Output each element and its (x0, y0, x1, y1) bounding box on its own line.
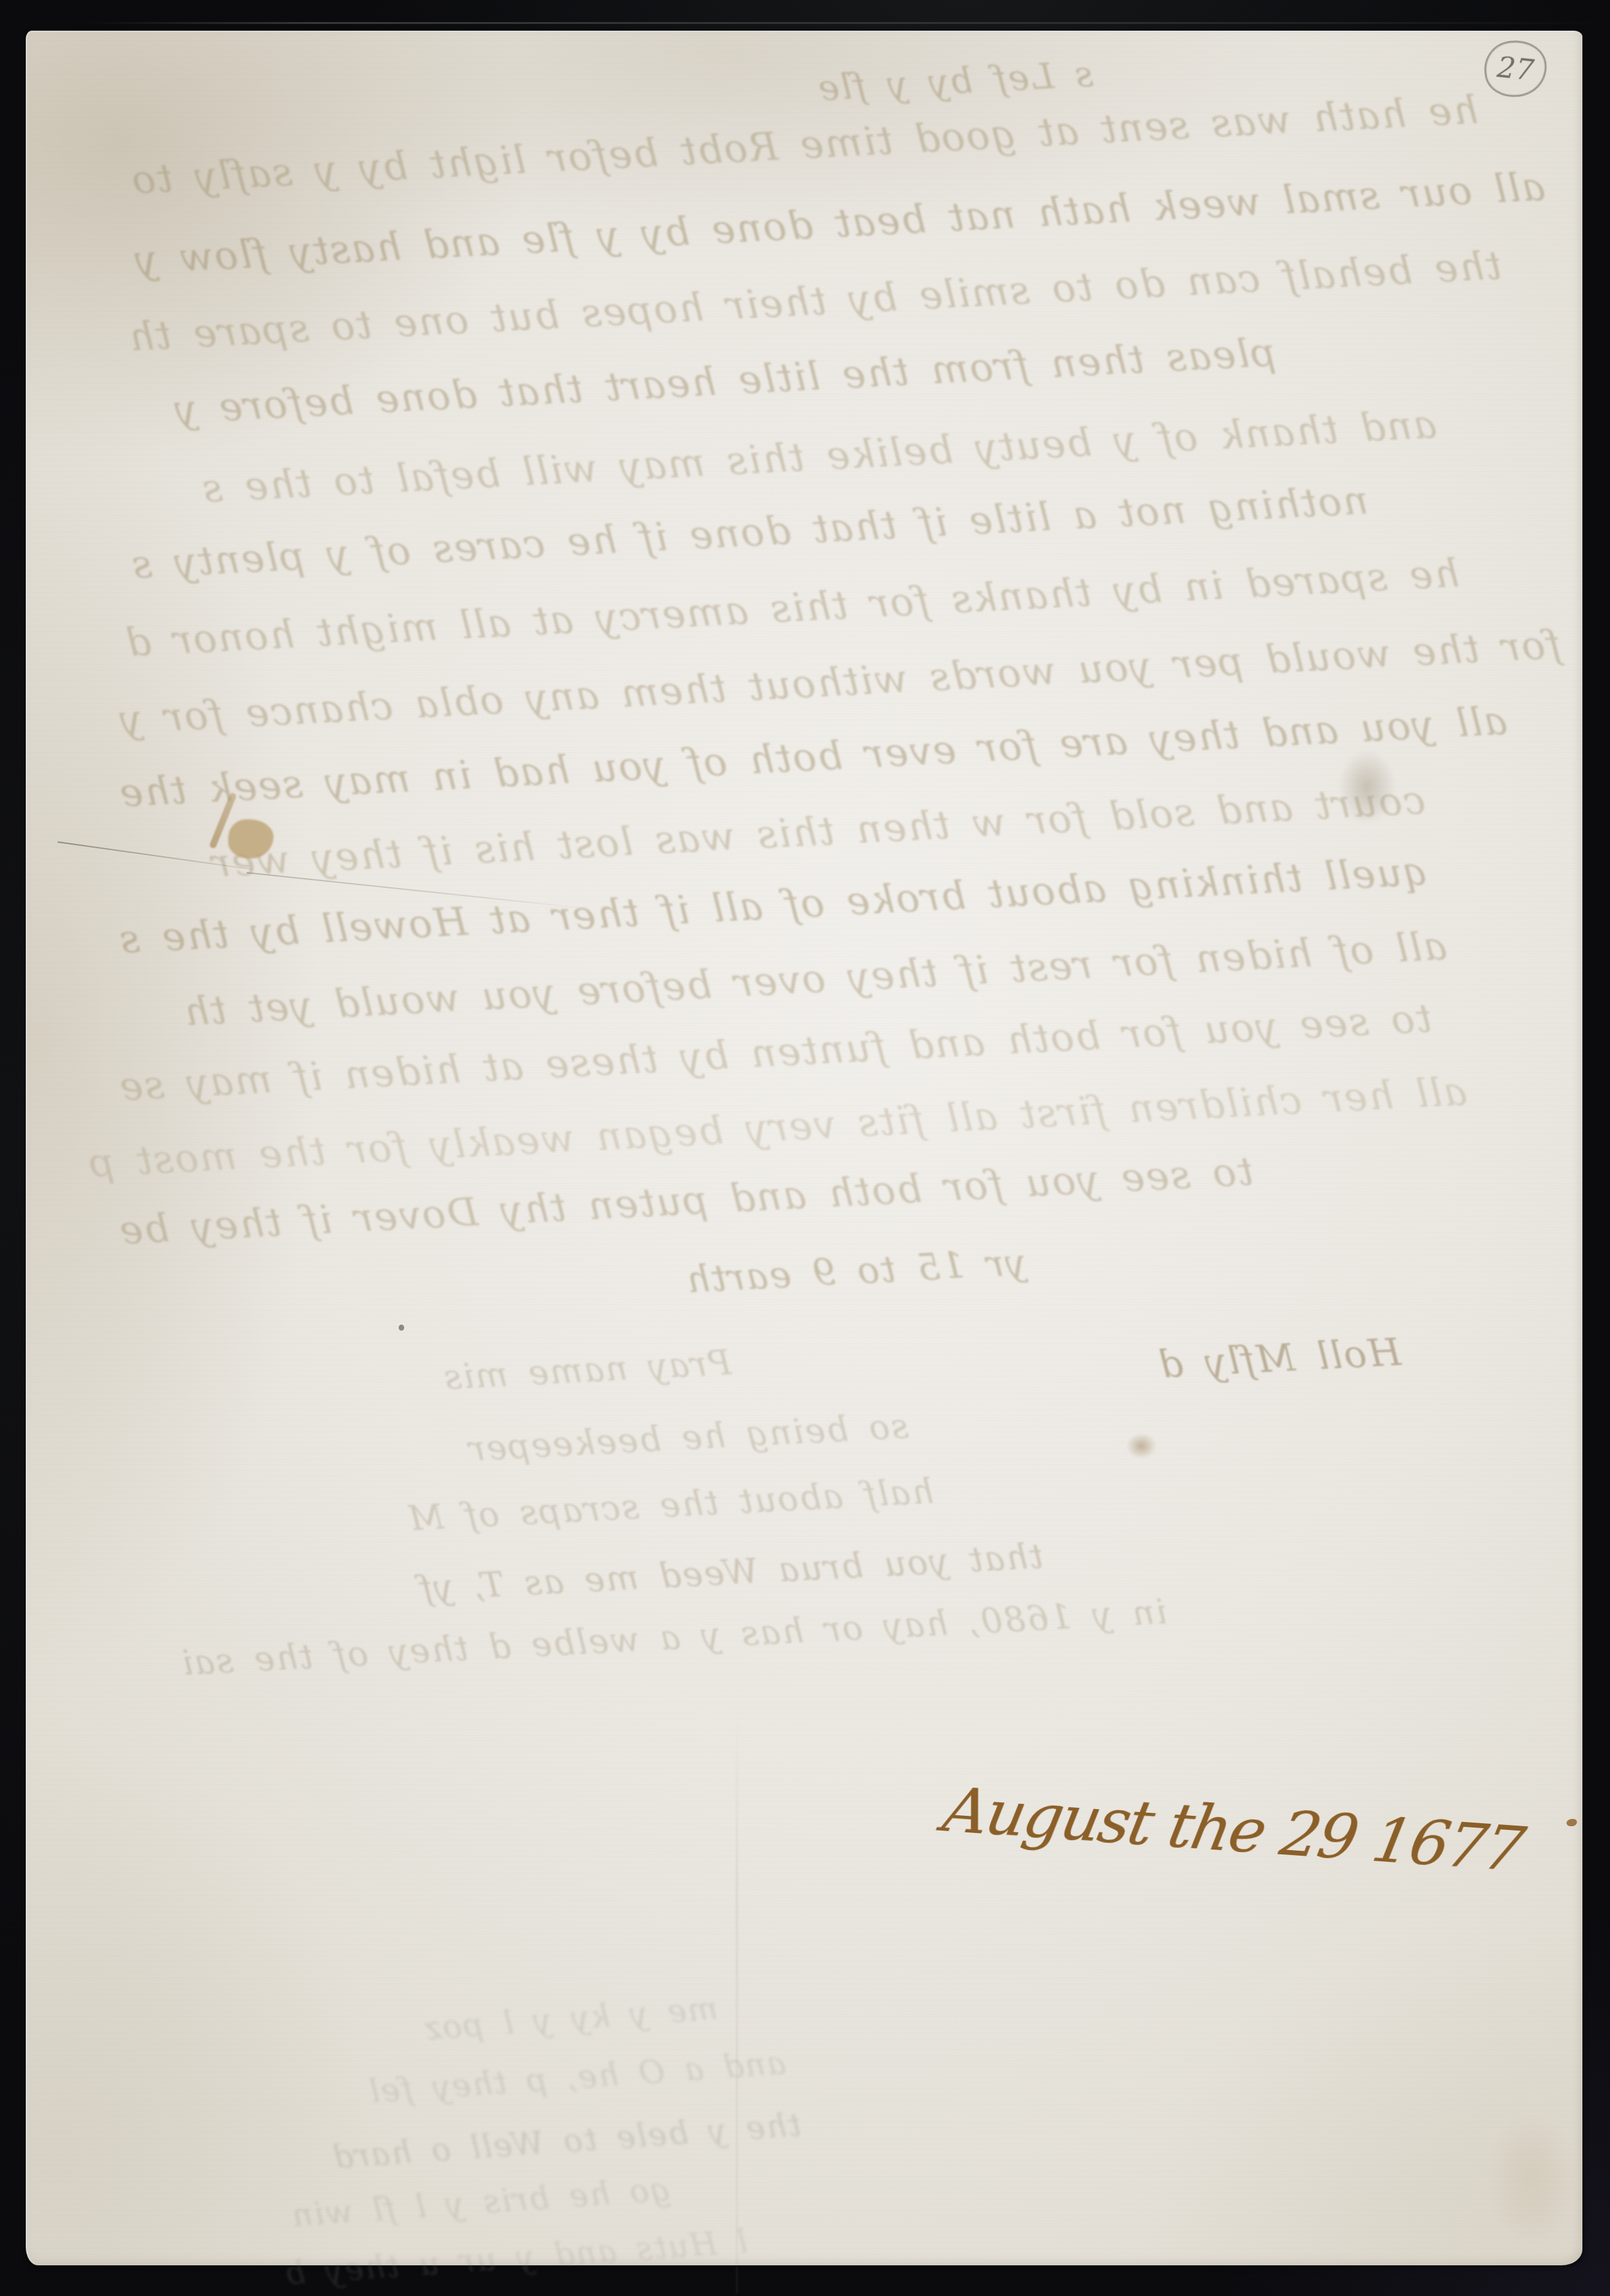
small-stain (1122, 1430, 1160, 1462)
bleed-line: l Huts and y ur u they b (283, 2224, 749, 2293)
scan-mat-background: 27 s Lef by y fle he hath was sent at go… (0, 0, 1610, 2296)
manuscript-page: 27 s Lef by y fle he hath was sent at go… (26, 31, 1582, 2265)
bleed-line: s Lef by y fle (816, 53, 1095, 109)
ink-speck (399, 1325, 404, 1331)
bleed-line: yr 15 to 9 earth (684, 1241, 1027, 1301)
bleed-line: the y bele to Well o hard (331, 2107, 802, 2176)
folio-number: 27 (1495, 50, 1535, 88)
folio-number-circle: 27 (1481, 37, 1550, 101)
bleed-line: me y ky y l poz (422, 1990, 719, 2047)
bleed-line: that you brua Weed me as T, yf (418, 1536, 1044, 1609)
ink-speck (1566, 1819, 1577, 1826)
backdrop-seam (86, 22, 1610, 24)
discoloration-patch (1473, 2091, 1590, 2263)
bleed-line: half about the scraps of M (407, 1472, 935, 1539)
bleed-signature-fragment: Holl Mfly d (1156, 1330, 1402, 1387)
smudge-stain (1327, 735, 1407, 839)
fold-crease (736, 1711, 738, 2294)
bleed-line: Pray name mis (442, 1343, 732, 1398)
date-inscription: August the 29 1677 (938, 1774, 1529, 1886)
bleed-line: so being he beekeeper (467, 1406, 910, 1469)
bleed-line: go he bris y l fl win (290, 2171, 672, 2234)
bleed-line: and a O he, p they fel (367, 2045, 787, 2110)
bleed-line: in y 1680, hay or has y a welbe d they o… (180, 1592, 1168, 1683)
